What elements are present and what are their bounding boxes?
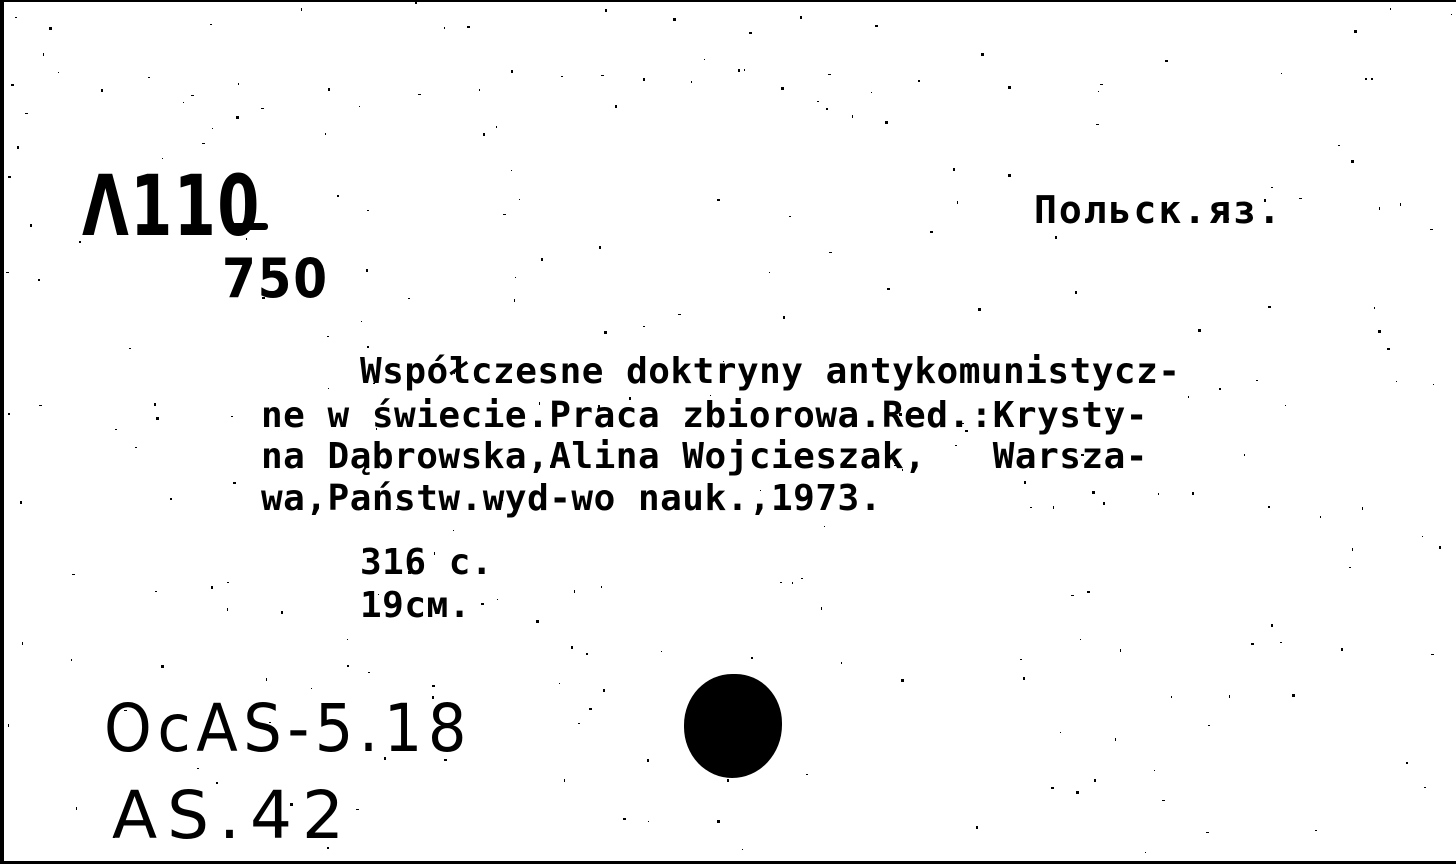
scan-speck [875,25,878,27]
scan-speck [1390,8,1391,10]
punch-hole [684,674,782,778]
record-pages: 316 с. [360,542,493,583]
scan-speck [502,499,503,501]
scan-speck [789,216,791,217]
scan-speck [202,143,205,144]
scan-speck [930,231,933,233]
scan-speck [72,574,75,575]
record-line-2: ne w świecie.Praca zbiorowa.Red.:Krysty- [261,395,1148,436]
scan-speck [801,578,803,579]
scan-speck [20,501,22,504]
scan-speck [1076,791,1079,794]
scan-speck [1053,506,1054,509]
scan-speck [821,607,822,610]
scan-speck [769,272,770,273]
scan-speck [800,16,802,19]
shelf-mark-main: Λ110 [82,164,261,248]
scan-speck [1206,832,1209,833]
scan-speck [738,69,740,72]
record-line-4: wa,Państw.wyd-wo nauk.,1973. [261,478,882,519]
scan-speck [376,428,377,430]
scan-speck [444,27,445,29]
scan-speck [978,308,981,311]
scan-speck [1315,830,1317,831]
scan-speck [479,89,480,91]
scan-speck [432,696,434,699]
scan-speck [841,662,842,664]
scan-speck [1256,380,1258,381]
scan-speck [1281,73,1282,74]
scan-speck [396,509,398,510]
scan-speck [678,314,681,315]
scan-speck [58,72,59,73]
scan-speck [564,779,565,782]
scan-speck [1030,507,1032,508]
scan-speck [183,102,184,103]
scan-speck [760,490,761,491]
scan-speck [155,591,157,592]
scan-speck [327,847,329,849]
scan-speck [806,774,808,775]
scan-speck [115,429,117,430]
scan-speck [710,395,711,396]
scan-speck [1162,800,1165,801]
scan-speck [197,768,199,769]
scan-speck [17,146,19,149]
scan-speck [266,678,267,681]
scan-speck [717,199,720,201]
scan-speck [539,402,540,405]
scan-speck [578,723,580,724]
scan-speck [1219,388,1221,390]
scan-speck [824,526,825,527]
scan-speck [1371,78,1373,80]
scan-speck [161,665,164,668]
scan-speck [8,413,10,415]
scan-speck [559,683,560,684]
scan-speck [1120,649,1121,652]
scan-speck [1081,454,1084,456]
scan-speck [162,158,163,159]
scan-speck [6,272,9,273]
scan-speck [744,69,745,71]
scan-speck [673,18,676,21]
scan-speck [887,288,890,290]
scan-speck [373,383,375,384]
scan-speck [454,371,455,374]
scan-speck [210,24,212,25]
scan-speck [378,594,379,595]
scan-speck [337,195,339,197]
scan-speck [25,113,28,114]
scan-speck [434,552,435,555]
scan-speck [1087,591,1090,593]
scan-speck [1271,624,1273,627]
scan-speck [290,803,293,806]
scan-speck [1424,787,1426,788]
scan-speck [1365,78,1367,80]
scan-speck [541,258,543,261]
scan-speck [852,115,853,118]
scan-speck [113,836,115,838]
shelf-mark-fraction-bar [226,223,268,230]
scan-speck [135,447,137,448]
scan-speck [328,388,329,389]
scan-speck [236,116,239,119]
scan-speck [1096,124,1099,125]
scan-speck [1299,198,1302,199]
scan-speck [1341,648,1343,651]
scan-speck [432,685,435,687]
scan-speck [1075,291,1077,294]
scan-speck [691,81,692,83]
scan-speck [281,611,283,614]
scan-speck [367,346,369,348]
scan-speck [1229,695,1230,698]
scan-speck [1227,218,1229,220]
scan-speck [170,498,172,500]
scan-speck [71,659,72,661]
scan-speck [8,724,9,727]
scan-speck [148,77,150,78]
scan-speck [262,297,265,299]
language-note: Польск.яз. [1034,190,1283,231]
scan-speck [1008,86,1011,89]
scan-speck [1406,762,1408,764]
scan-speck [238,83,239,85]
scan-speck [603,689,605,692]
scan-speck [1100,84,1103,85]
scan-speck [605,9,607,12]
scan-speck [1430,229,1433,230]
scan-speck [1378,330,1381,333]
scan-speck [781,87,784,90]
scan-speck [1244,454,1245,456]
scan-speck [1379,207,1380,210]
scan-speck [623,818,626,820]
scan-speck [1320,516,1321,518]
scan-speck [497,599,498,600]
scan-speck [1268,506,1270,508]
scan-speck [601,586,602,588]
scan-speck [361,321,362,322]
scan-speck [661,651,662,652]
scan-speck [418,94,421,95]
scan-speck [1352,548,1353,551]
scan-speck [328,88,330,91]
scan-speck [1171,696,1172,698]
scan-speck [1208,725,1210,726]
scan-speck [1112,409,1115,411]
scan-speck [901,679,904,682]
scan-speck [589,708,592,710]
scan-speck [742,849,743,850]
scan-speck [643,326,645,327]
scan-speck [1198,329,1201,332]
scan-speck [191,95,194,96]
scan-speck [38,279,40,281]
scan-speck [1251,643,1254,645]
scan-speck [550,465,552,468]
scan-speck [643,78,645,81]
scan-speck [279,271,280,272]
scan-speck [1280,642,1282,643]
scan-speck [1080,639,1081,640]
scan-speck [783,316,785,319]
scan-speck [629,397,631,400]
scan-speck [30,224,32,227]
scan-speck [156,417,159,420]
scan-speck [444,759,447,761]
scan-speck [79,241,81,243]
record-line-1-text: Współczesne doktryny antykomunistycz- [360,351,1180,392]
scan-speck [828,74,831,75]
scan-speck [846,462,847,464]
scan-speck [1349,567,1351,568]
scan-speck [598,405,600,408]
scan-speck [1396,381,1397,382]
scan-speck [826,108,828,110]
scan-speck [1188,396,1189,398]
scan-speck [519,199,520,200]
scan-speck [962,423,964,424]
scan-speck [22,642,23,645]
scan-speck [981,53,984,56]
scan-speck [1165,60,1168,62]
scan-speck [483,133,485,136]
scan-speck [39,405,42,406]
scan-speck [347,639,348,640]
record-size: 19см. [360,585,471,626]
catalog-card: Λ110 750 Польск.яз. Współczesne doktryny… [0,0,1456,864]
scan-speck [1158,493,1159,495]
scan-speck [511,70,513,73]
scan-speck [408,571,411,574]
scan-speck [1387,348,1390,350]
scan-speck [1400,203,1401,206]
scan-speck [359,106,360,107]
scan-speck [11,84,14,86]
scan-speck [604,331,607,334]
scan-speck [871,92,872,93]
scan-speck [515,277,516,278]
scan-speck [536,620,539,623]
scan-speck [227,608,228,611]
scan-speck [1020,659,1022,660]
scan-speck [953,168,955,171]
scan-speck [233,482,236,484]
scan-speck [311,688,312,689]
scan-speck [129,348,131,349]
scan-speck [1422,536,1423,537]
scan-speck [965,430,968,432]
scan-speck [561,76,563,77]
scan-speck [269,722,271,723]
call-number-2: AS.42 [112,777,354,854]
scan-speck [704,59,705,60]
call-number-1: ОсАS-5.18 [104,690,472,767]
scan-speck [792,582,793,584]
scan-speck [829,252,832,253]
scan-speck [894,465,897,466]
scan-speck [467,26,470,28]
scan-speck [1338,145,1340,146]
scan-speck [101,89,103,92]
scan-speck [902,469,903,471]
scan-speck [1055,236,1057,239]
scan-speck [366,269,368,272]
scan-speck [453,530,454,531]
scan-speck [723,361,724,362]
scan-speck [408,298,410,299]
scan-speck [124,710,127,711]
scan-speck [1431,654,1434,655]
scan-speck [1268,306,1271,308]
scan-speck [8,176,11,178]
scan-speck [1071,595,1074,596]
scan-speck [1094,779,1096,782]
scan-speck [76,807,77,810]
scan-speck [1439,546,1441,549]
scan-speck [49,27,52,30]
scan-speck [1023,677,1025,680]
scan-speck [1374,307,1375,309]
scan-speck [216,782,218,784]
scan-speck [212,128,213,129]
scan-speck [231,416,233,417]
scan-speck [301,8,302,11]
scan-speck [727,779,729,782]
scan-speck [1285,405,1286,406]
scan-speck [227,582,229,583]
scan-speck [1451,14,1452,15]
scan-speck [899,413,902,416]
scan-speck [1008,174,1011,177]
scan-speck [717,820,720,823]
record-line-3: na Dąbrowska,Alina Wojcieszak, Warsza- [261,436,1148,477]
scan-speck [347,665,349,667]
scan-speck [15,17,17,18]
scan-speck [601,75,604,76]
scan-speck [384,757,386,760]
scan-speck [514,299,515,302]
scan-speck [780,582,782,583]
scan-speck [1098,91,1099,92]
scan-speck [1051,787,1054,789]
scan-speck [325,133,326,135]
scan-speck [574,590,575,593]
scan-speck [261,108,264,109]
scan-speck [648,821,649,822]
scan-speck [918,80,920,82]
scan-speck [751,657,753,659]
scan-speck [1433,384,1434,385]
scan-speck [571,646,573,649]
scan-speck [481,603,484,605]
scan-speck [1354,30,1357,33]
scan-speck [265,726,266,727]
scan-speck [415,2,417,4]
scan-speck [368,672,370,673]
scan-speck [1145,852,1146,853]
scan-speck [475,378,478,380]
scan-speck [615,105,617,108]
scan-speck [957,201,958,204]
scan-speck [885,121,888,124]
scan-speck [1092,491,1095,494]
scan-speck [1103,502,1105,505]
scan-speck [1115,738,1116,741]
scan-speck [503,214,506,215]
scan-speck [1264,199,1266,202]
scan-speck [1351,160,1354,163]
scan-speck [1060,732,1061,733]
scan-speck [1362,507,1363,510]
scan-speck [599,246,601,249]
scan-speck [749,32,752,34]
scan-speck [976,826,978,829]
scan-speck [736,687,739,689]
scan-speck [154,403,156,406]
scan-speck [211,586,213,589]
scan-speck [1154,770,1155,771]
scan-speck [955,445,957,446]
scan-speck [1292,694,1295,697]
scan-speck [1192,492,1194,495]
scan-speck [356,809,359,810]
scan-speck [327,336,329,337]
scan-speck [43,53,44,56]
scan-speck [647,759,649,762]
shelf-mark-sub: 750 [222,252,329,306]
scan-speck [246,238,247,240]
scan-speck [1024,481,1026,484]
scan-speck [496,126,497,128]
scan-speck [586,653,588,655]
scan-speck [1271,187,1273,188]
scan-speck [367,210,369,211]
record-line-1: Współczesne doktryny antykomunistycz- [261,351,1180,392]
scan-speck [817,101,819,102]
scan-speck [511,170,512,171]
